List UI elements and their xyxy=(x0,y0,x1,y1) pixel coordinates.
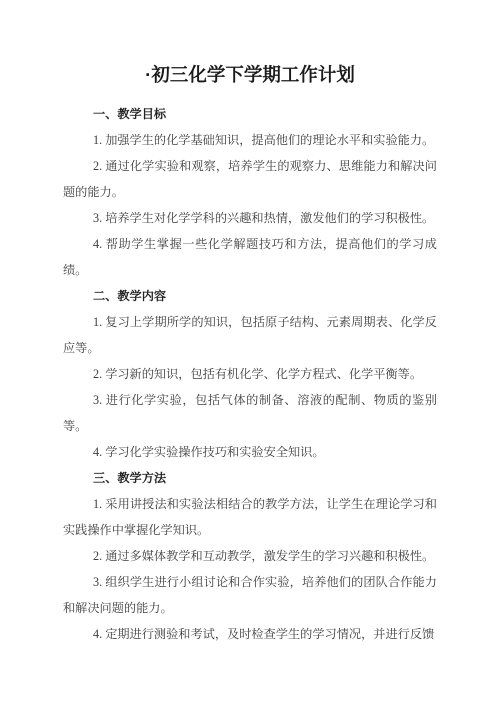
section-2-item-1: 1. 复习上学期所学的知识，包括原子结构、元素周期表、化学反应等。 xyxy=(63,309,437,361)
section-1-item-2: 2. 通过化学实验和观察，培养学生的观察力、思维能力和解决问题的能力。 xyxy=(63,153,437,205)
section-3-heading: 三、教学方法 xyxy=(63,465,437,491)
section-1-heading: 一、教学目标 xyxy=(63,101,437,127)
section-3-item-1: 1. 采用讲授法和实验法相结合的教学方法，让学生在理论学习和实践操作中掌握化学知… xyxy=(63,491,437,543)
section-2-item-3: 3. 进行化学实验，包括气体的制备、溶液的配制、物质的鉴别等。 xyxy=(63,387,437,439)
section-2-item-4: 4. 学习化学实验操作技巧和实验安全知识。 xyxy=(63,439,437,465)
section-3-item-4: 4. 定期进行测验和考试，及时检查学生的学习情况，并进行反馈 xyxy=(63,621,437,647)
section-1-item-1: 1. 加强学生的化学基础知识，提高他们的理论水平和实验能力。 xyxy=(63,127,437,153)
section-3-item-3: 3. 组织学生进行小组讨论和合作实验，培养他们的团队合作能力和解决问题的能力。 xyxy=(63,569,437,621)
document-title: ·初三化学下学期工作计划 xyxy=(0,62,500,88)
document-page: ·初三化学下学期工作计划 一、教学目标 1. 加强学生的化学基础知识，提高他们的… xyxy=(0,0,500,707)
section-1-item-3: 3. 培养学生对化学学科的兴趣和热情，激发他们的学习积极性。 xyxy=(63,205,437,231)
section-2-item-2: 2. 学习新的知识，包括有机化学、化学方程式、化学平衡等。 xyxy=(63,361,437,387)
section-2-heading: 二、教学内容 xyxy=(63,283,437,309)
section-3-item-2: 2. 通过多媒体教学和互动教学，激发学生的学习兴趣和积极性。 xyxy=(63,543,437,569)
section-1-item-4: 4. 帮助学生掌握一些化学解题技巧和方法，提高他们的学习成绩。 xyxy=(63,231,437,283)
document-body: 一、教学目标 1. 加强学生的化学基础知识，提高他们的理论水平和实验能力。 2.… xyxy=(63,101,437,647)
